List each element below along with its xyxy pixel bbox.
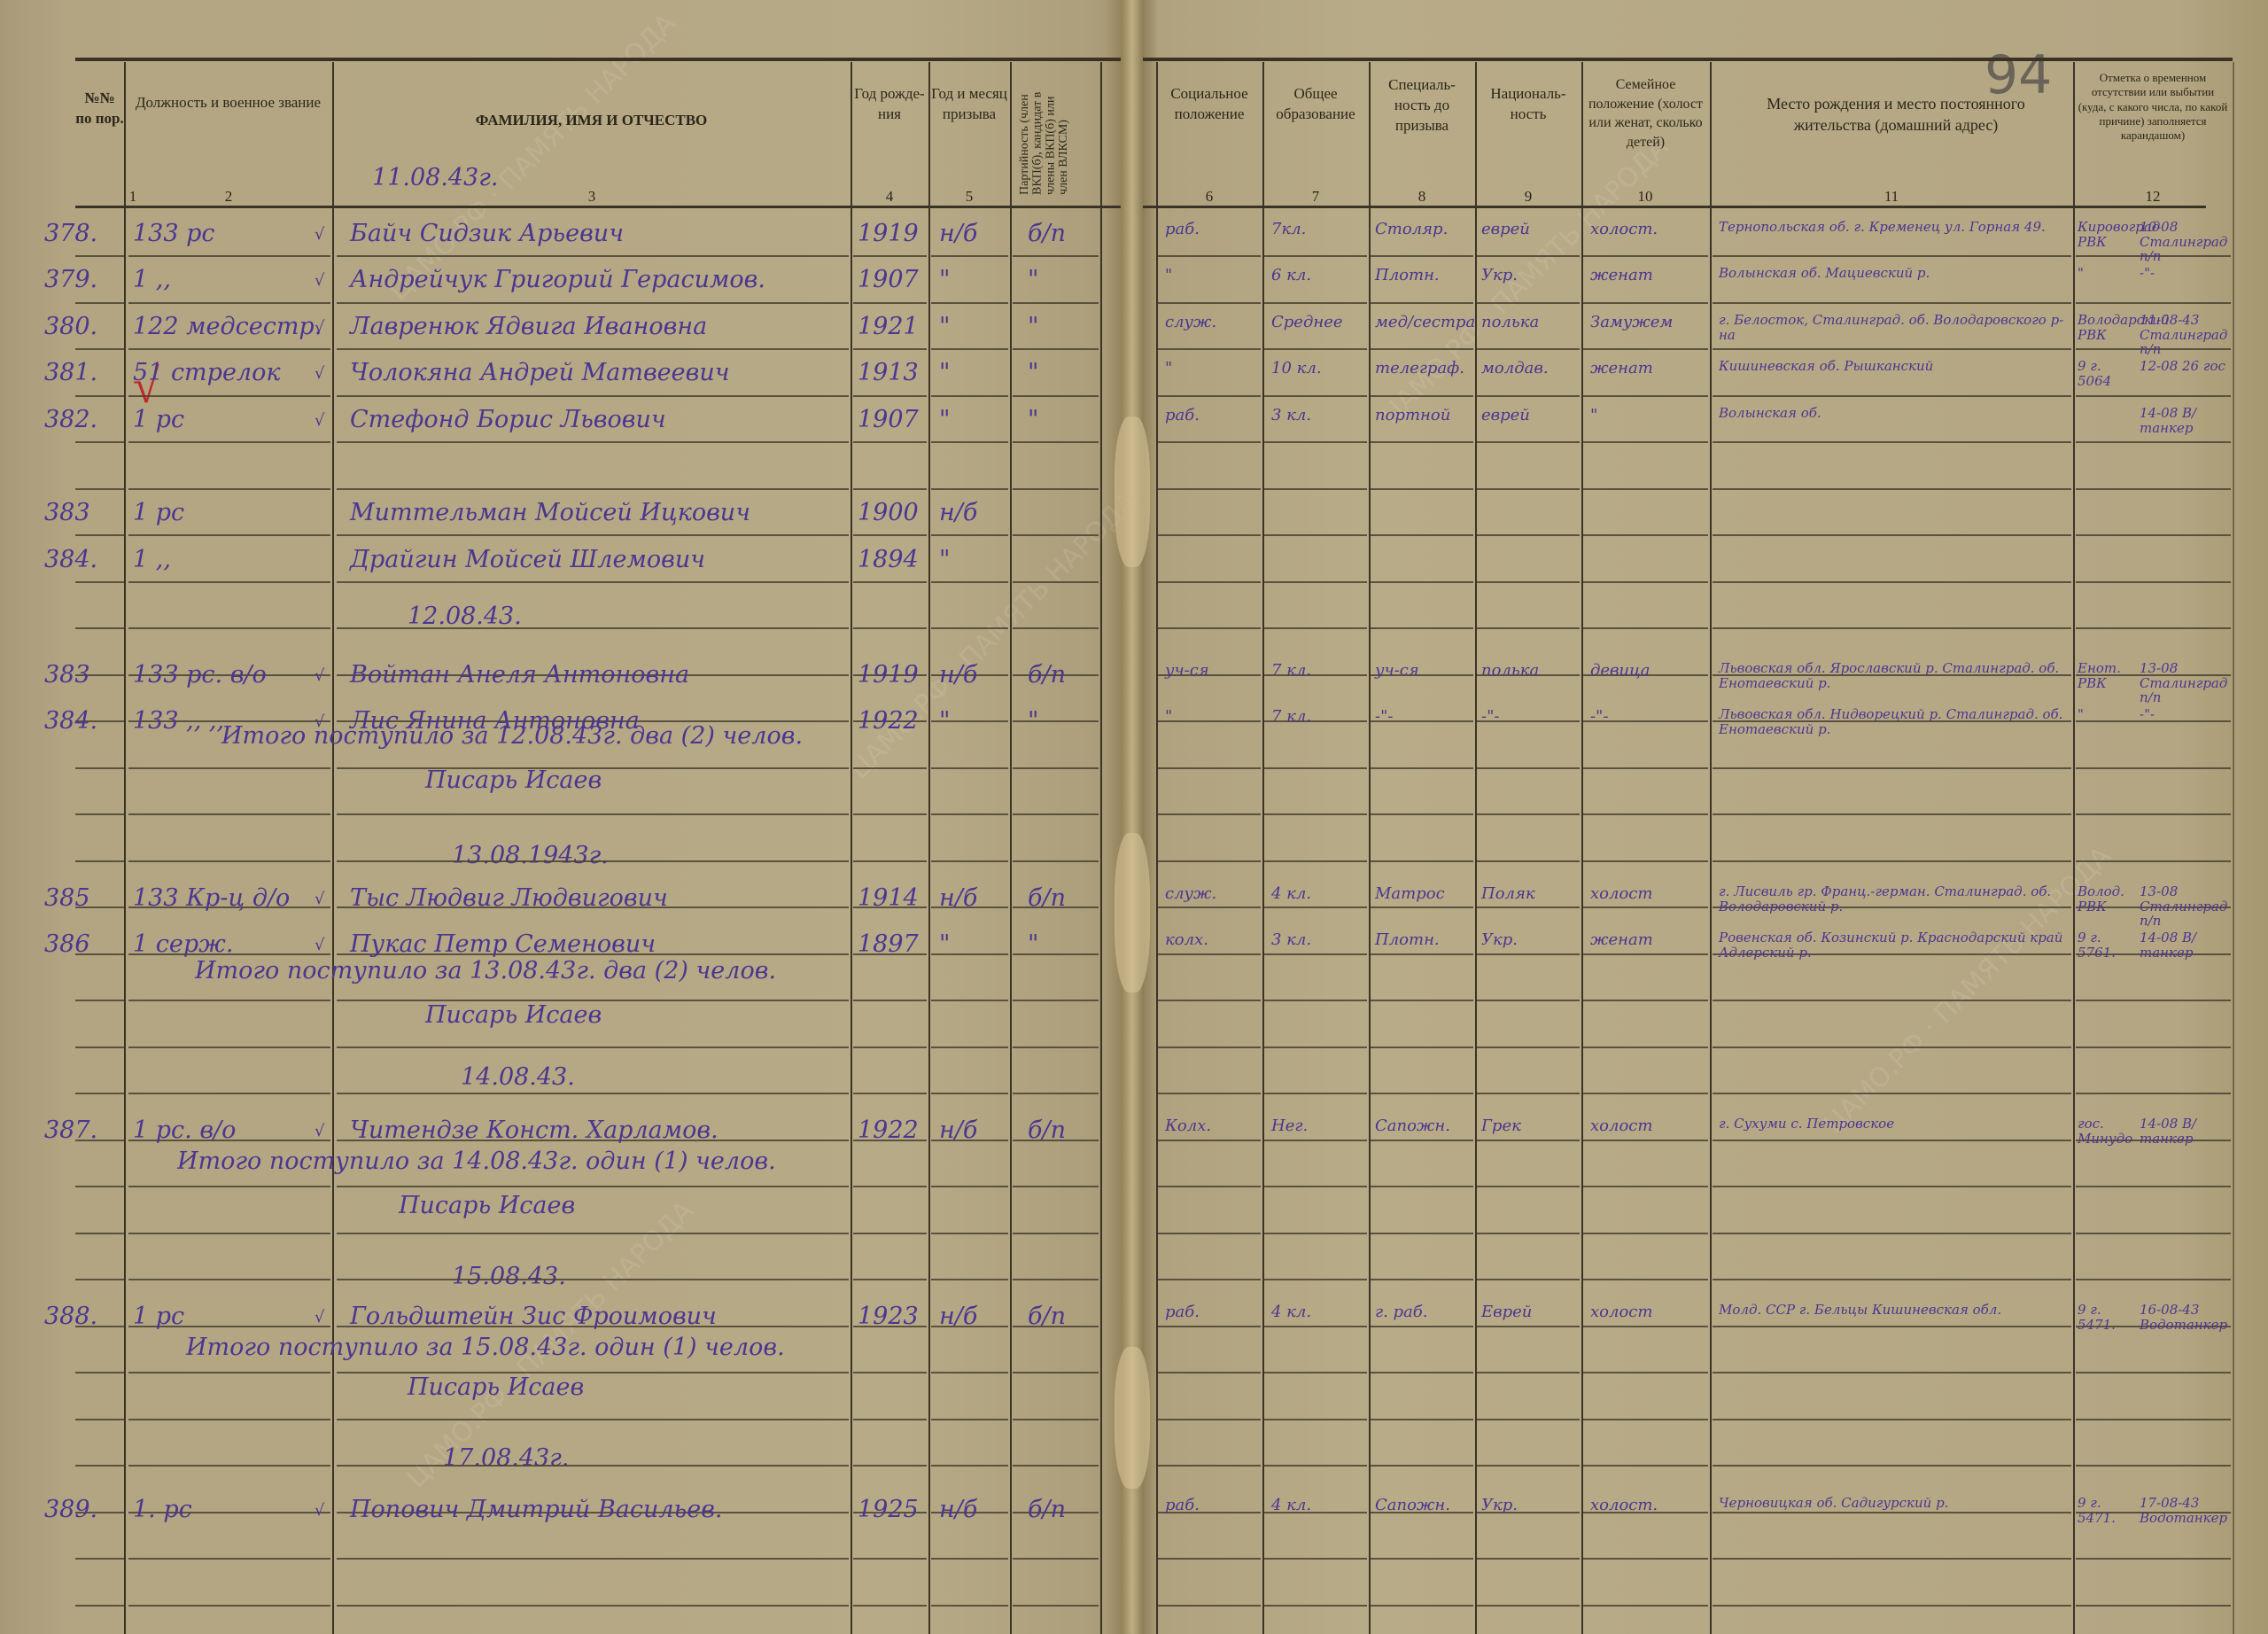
row-rule	[1158, 813, 1261, 815]
row-rule	[853, 1372, 927, 1373]
entry-name: Драйгин Мойсей Шлемович	[350, 546, 705, 573]
header-no: №№ по пор.	[75, 89, 124, 129]
entry-address: Тернопольская об. г. Кременец ул. Горная…	[1719, 220, 2069, 235]
row-rule	[1713, 1186, 2071, 1187]
row-rule	[128, 1047, 330, 1048]
row-rule	[1264, 1000, 1367, 1001]
row-rule	[853, 767, 927, 769]
entry-party: "	[1028, 266, 1038, 293]
row-rule	[1477, 255, 1580, 257]
row-rule	[1583, 348, 1708, 350]
row-rule	[1583, 1558, 1708, 1560]
row-rule	[1158, 1465, 1261, 1467]
row-rule	[128, 860, 330, 862]
entry-nationality: Еврей	[1481, 1303, 1532, 1321]
row-rule	[1477, 1186, 1580, 1187]
entry-birth-year: 1923	[858, 1303, 919, 1330]
row-rule	[2076, 1605, 2231, 1607]
check-mark: √	[315, 364, 324, 383]
row-rule	[1583, 1140, 1708, 1141]
entry-family-status: "	[1590, 406, 1597, 424]
row-rule	[75, 255, 124, 257]
row-rule	[1713, 1279, 2071, 1280]
entry-number: 383	[44, 661, 90, 689]
row-rule	[1158, 1326, 1261, 1327]
row-rule	[1013, 1605, 1099, 1607]
row-rule	[2076, 1000, 2231, 1001]
row-rule	[128, 348, 330, 350]
row-rule	[2076, 534, 2231, 536]
row-rule	[1158, 1419, 1261, 1420]
row-rule	[1371, 1326, 1473, 1327]
row-rule	[2076, 1419, 2231, 1420]
entry-education: 3 кл.	[1271, 406, 1311, 424]
row-rule	[337, 1279, 849, 1280]
row-rule	[1713, 1465, 2071, 1467]
entry-address: г. Сухуми с. Петровское	[1719, 1117, 2069, 1132]
entry-specialty: Сапожн.	[1375, 1117, 1450, 1135]
column-number: 11	[1874, 188, 1909, 206]
entry-social-status: раб.	[1165, 220, 1200, 238]
entry-number: 388.	[44, 1303, 97, 1330]
spine-tape	[1115, 833, 1150, 992]
row-rule	[337, 534, 849, 536]
clerk-signature: Писарь Исаев	[425, 766, 602, 794]
row-rule	[931, 1186, 1008, 1187]
entry-specialty: -"-	[1375, 707, 1393, 726]
check-mark: √	[315, 1501, 324, 1520]
entry-nationality: полька	[1481, 313, 1539, 331]
row-rule	[75, 534, 124, 536]
row-rule	[1713, 395, 2071, 397]
row-rule	[1264, 1140, 1367, 1141]
row-rule	[853, 348, 927, 350]
row-rule	[1264, 302, 1367, 304]
row-rule	[853, 395, 927, 397]
entry-family-status: женат	[1590, 930, 1653, 949]
row-rule	[1371, 813, 1473, 815]
row-rule	[1713, 488, 2071, 490]
entry-family-status: Замужем	[1590, 313, 1673, 331]
header-name: ФАМИЛИЯ, ИМЯ И ОТЧЕСТВО	[337, 111, 846, 131]
row-rule	[1371, 767, 1473, 769]
row-rule	[1264, 395, 1367, 397]
row-rule	[1477, 1000, 1580, 1001]
column-divider	[1156, 62, 1158, 1634]
column-divider	[1010, 62, 1012, 1634]
row-rule	[1371, 1233, 1473, 1234]
row-rule	[1013, 1186, 1099, 1187]
row-rule	[1158, 953, 1261, 955]
row-rule	[128, 1233, 330, 1234]
entry-name: Тыс Людвиг Людвигович	[350, 884, 668, 912]
row-rule	[1371, 1558, 1473, 1560]
row-rule	[1013, 720, 1099, 722]
row-rule	[1371, 860, 1473, 862]
row-rule	[1477, 860, 1580, 862]
row-rule	[1583, 1186, 1708, 1187]
row-rule	[1264, 581, 1367, 583]
row-rule	[931, 1558, 1008, 1560]
entry-address: Львовская обл. Нидворецкий р. Сталинград…	[1719, 707, 2069, 736]
entry-rank: 133 рс. в/о	[133, 661, 267, 689]
entry-party: б/п	[1028, 884, 1066, 912]
column-divider	[1100, 62, 1102, 1634]
row-rule	[1583, 953, 1708, 955]
column-number: 12	[2135, 188, 2171, 206]
row-rule	[853, 1605, 927, 1607]
entry-birth-year: 1907	[858, 406, 919, 433]
row-rule	[1713, 302, 2071, 304]
row-rule	[1371, 534, 1473, 536]
entry-social-status: "	[1165, 266, 1172, 284]
row-rule	[931, 1465, 1008, 1467]
header-education: Общее образование	[1264, 84, 1367, 125]
entry-draft: н/б	[939, 220, 977, 247]
row-rule	[931, 1093, 1008, 1094]
entry-social-status: служ.	[1165, 884, 1216, 903]
row-rule	[1371, 953, 1473, 955]
header-party: Партийность (член ВКП(б), кандидат в чле…	[1019, 71, 1094, 195]
header-birth-year: Год рожде-ния	[852, 84, 927, 125]
row-rule	[1158, 1605, 1261, 1607]
column-number: 6	[1192, 188, 1227, 206]
row-rule	[337, 581, 849, 583]
row-rule	[1713, 1000, 2071, 1001]
row-rule	[2076, 1465, 2231, 1467]
header-address: Место рождения и место постоянного жител…	[1736, 93, 2055, 136]
row-rule	[75, 1279, 124, 1280]
row-rule	[1013, 953, 1099, 955]
row-rule	[1264, 1233, 1367, 1234]
row-rule	[853, 255, 927, 257]
daily-total: Итого поступило за 14.08.43г. один (1) ч…	[177, 1148, 776, 1175]
row-rule	[2076, 627, 2231, 629]
entry-absence-place: 9 г. 5471.	[2078, 1496, 2138, 1525]
entry-absence-place: Волод. РВК	[2078, 884, 2138, 914]
row-rule	[1158, 1372, 1261, 1373]
row-rule	[1477, 488, 1580, 490]
entry-nationality: Грек	[1481, 1117, 1521, 1135]
column-divider	[1581, 62, 1583, 1634]
row-rule	[1583, 581, 1708, 583]
row-rule	[75, 1093, 124, 1094]
row-rule	[1583, 1000, 1708, 1001]
row-rule	[1158, 488, 1261, 490]
row-rule	[128, 534, 330, 536]
row-rule	[1158, 1000, 1261, 1001]
row-rule	[1264, 813, 1367, 815]
header-nationality: Националь-ность	[1477, 84, 1580, 125]
row-rule	[853, 1233, 927, 1234]
row-rule	[75, 860, 124, 862]
entry-absence-place: 9 г. 5761.	[2078, 930, 2138, 960]
date-heading: 15.08.43.	[452, 1263, 566, 1290]
top-rule	[1143, 58, 2233, 61]
row-rule	[2076, 1093, 2231, 1094]
entry-absence-date: 11-08-43 Сталинград п/п	[2140, 313, 2228, 357]
row-rule	[1477, 1326, 1580, 1327]
row-rule	[1477, 813, 1580, 815]
row-rule	[1371, 441, 1473, 443]
row-rule	[1264, 1326, 1367, 1327]
row-rule	[1371, 1093, 1473, 1094]
entry-absence-date: 17-08-43 Водотанкер	[2140, 1496, 2228, 1525]
row-rule	[75, 395, 124, 397]
entry-education: 10 кл.	[1271, 359, 1322, 377]
row-rule	[1477, 1372, 1580, 1373]
row-rule	[1264, 1419, 1367, 1420]
row-rule	[128, 1372, 330, 1373]
row-rule	[337, 860, 849, 862]
entry-draft: н/б	[939, 661, 977, 689]
row-rule	[1477, 767, 1580, 769]
entry-address: Черновицкая об. Садигурский р.	[1719, 1496, 2069, 1511]
entry-number: 384.	[44, 546, 97, 573]
entry-specialty: Плотн.	[1375, 266, 1440, 284]
entry-draft: "	[939, 359, 950, 386]
row-rule	[337, 1233, 849, 1234]
entry-number: 381.	[44, 359, 97, 386]
entry-name: Попович Дмитрий Васильев.	[350, 1496, 723, 1523]
row-rule	[1158, 441, 1261, 443]
row-rule	[128, 1419, 330, 1420]
row-rule	[1013, 1047, 1099, 1048]
entry-family-status: девица	[1590, 661, 1650, 680]
row-rule	[1371, 581, 1473, 583]
entry-family-status: холост.	[1590, 220, 1658, 238]
row-rule	[1264, 1093, 1367, 1094]
entry-name: Читендзе Конст. Харламов.	[350, 1117, 718, 1144]
entry-absence-date: 16-08-43 Водотанкер	[2140, 1303, 2228, 1332]
row-rule	[1583, 441, 1708, 443]
entry-rank: 133 ,, ,,	[133, 707, 224, 735]
row-rule	[931, 348, 1008, 350]
entry-number: 386	[44, 930, 90, 958]
row-rule	[853, 1419, 927, 1420]
row-rule	[931, 302, 1008, 304]
entry-social-status: раб.	[1165, 1496, 1200, 1514]
entry-name: Лавренюк Ядвига Ивановна	[350, 313, 707, 340]
entry-family-status: холост	[1590, 884, 1652, 903]
column-number: 5	[951, 188, 987, 206]
row-rule	[1371, 1186, 1473, 1187]
header-position: Должность и военное звание	[128, 93, 328, 113]
date-heading: 14.08.43.	[461, 1063, 575, 1091]
row-rule	[2076, 813, 2231, 815]
row-rule	[1583, 1372, 1708, 1373]
row-rule	[931, 1605, 1008, 1607]
row-rule	[1477, 906, 1580, 908]
entry-social-status: уч-ся	[1165, 661, 1209, 680]
entry-specialty: Столяр.	[1375, 220, 1448, 238]
check-mark: √	[315, 225, 324, 244]
row-rule	[1583, 627, 1708, 629]
entry-rank: 1 серж.	[133, 930, 233, 958]
row-rule	[2076, 1233, 2231, 1234]
row-rule	[337, 1465, 849, 1467]
row-rule	[2076, 860, 2231, 862]
entry-name: Байч Сидзик Арьевич	[350, 220, 624, 247]
entry-absence-date: -"-	[2140, 707, 2228, 722]
row-rule	[75, 1465, 124, 1467]
entry-social-status: раб.	[1165, 406, 1200, 424]
check-mark: √	[315, 1308, 324, 1327]
entry-number: 382.	[44, 406, 97, 433]
row-rule	[853, 627, 927, 629]
entry-name: Стефонд Борис Львович	[350, 406, 666, 433]
check-mark: √	[315, 1122, 324, 1140]
row-rule	[1013, 1419, 1099, 1420]
entry-nationality: еврей	[1481, 220, 1530, 238]
entry-specialty: уч-ся	[1375, 661, 1419, 680]
entry-draft: н/б	[939, 1117, 977, 1144]
row-rule	[1371, 1372, 1473, 1373]
column-divider	[1369, 62, 1371, 1634]
row-rule	[1264, 1047, 1367, 1048]
row-rule	[1713, 441, 2071, 443]
row-rule	[931, 767, 1008, 769]
row-rule	[853, 488, 927, 490]
row-rule	[75, 348, 124, 350]
row-rule	[1583, 1093, 1708, 1094]
row-rule	[128, 441, 330, 443]
clerk-signature: Писарь Исаев	[425, 1001, 602, 1029]
row-rule	[1583, 488, 1708, 490]
row-rule	[1713, 255, 2071, 257]
check-mark: √	[315, 712, 324, 731]
entry-name: Андрейчук Григорий Герасимов.	[350, 266, 765, 293]
row-rule	[1013, 860, 1099, 862]
entry-address: г. Белосток, Сталинград. об. Володаровск…	[1719, 313, 2069, 342]
row-rule	[1158, 860, 1261, 862]
spine-tape	[1115, 416, 1150, 567]
row-rule	[128, 581, 330, 583]
row-rule	[1013, 441, 1099, 443]
row-rule	[1477, 627, 1580, 629]
row-rule	[1583, 1605, 1708, 1607]
row-rule	[1477, 1233, 1580, 1234]
clerk-signature: Писарь Исаев	[408, 1373, 584, 1401]
row-rule	[1371, 627, 1473, 629]
entry-number: 389.	[44, 1496, 97, 1523]
row-rule	[1371, 1279, 1473, 1280]
row-rule	[128, 488, 330, 490]
row-rule	[1158, 348, 1261, 350]
daily-total: Итого поступило за 13.08.43г. два (2) че…	[195, 957, 776, 984]
entry-education: 4 кл.	[1271, 1303, 1311, 1321]
header-absence-mark: Отметка о временном отсутствии или выбыт…	[2078, 71, 2228, 143]
entry-number: 379.	[44, 266, 97, 293]
column-divider	[2233, 62, 2234, 1634]
row-rule	[128, 1000, 330, 1001]
row-rule	[1371, 348, 1473, 350]
row-rule	[1264, 441, 1367, 443]
entry-absence-date: 10-08 Сталинград п/п	[2140, 220, 2228, 264]
entry-family-status: холост	[1590, 1117, 1652, 1135]
entry-specialty: Сапожн.	[1375, 1496, 1450, 1514]
entry-social-status: Колх.	[1165, 1117, 1211, 1135]
entry-draft: "	[939, 406, 950, 433]
entry-birth-year: 1914	[858, 884, 919, 912]
row-rule	[128, 255, 330, 257]
row-rule	[75, 1419, 124, 1420]
entry-absence-place: Енот. РВК	[2078, 661, 2138, 690]
row-rule	[1264, 860, 1367, 862]
entry-education: Среднее	[1271, 313, 1343, 331]
header-specialty: Специаль-ность до призыва	[1371, 75, 1473, 136]
row-rule	[128, 302, 330, 304]
row-rule	[2076, 581, 2231, 583]
entry-name: Миттельман Мойсей Ицкович	[350, 499, 750, 526]
row-rule	[1713, 1419, 2071, 1420]
row-rule	[2076, 1279, 2231, 1280]
row-rule	[1713, 1558, 2071, 1560]
row-rule	[931, 1233, 1008, 1234]
row-rule	[1713, 767, 2071, 769]
entry-draft: "	[939, 707, 950, 735]
row-rule	[75, 1047, 124, 1048]
row-rule	[1713, 1047, 2071, 1048]
entry-birth-year: 1922	[858, 1117, 919, 1144]
row-rule	[1713, 1512, 2071, 1513]
row-rule	[75, 1605, 124, 1607]
row-rule	[337, 488, 849, 490]
row-rule	[1264, 906, 1367, 908]
entry-rank: 1. рс	[133, 1496, 192, 1523]
row-rule	[337, 1372, 849, 1373]
row-rule	[1477, 1419, 1580, 1420]
entry-rank: 1 рс	[133, 406, 184, 433]
column-divider	[2073, 62, 2075, 1634]
row-rule	[1013, 1465, 1099, 1467]
entry-family-status: холост.	[1590, 1496, 1658, 1514]
row-rule	[1583, 302, 1708, 304]
row-rule	[1158, 1186, 1261, 1187]
row-rule	[1013, 1279, 1099, 1280]
entry-number: 378.	[44, 220, 97, 247]
row-rule	[337, 255, 849, 257]
row-rule	[1158, 1140, 1261, 1141]
row-rule	[128, 1605, 330, 1607]
row-rule	[2076, 441, 2231, 443]
row-rule	[1477, 441, 1580, 443]
entry-nationality: еврей	[1481, 406, 1530, 424]
row-rule	[1583, 1233, 1708, 1234]
row-rule	[931, 1000, 1008, 1001]
entry-birth-year: 1925	[858, 1496, 919, 1523]
row-rule	[1477, 1558, 1580, 1560]
check-mark: √	[315, 936, 324, 954]
entry-nationality: молдав.	[1481, 359, 1549, 377]
entry-absence-place: 9 г. 5064	[2078, 359, 2138, 388]
entry-rank: 1 рс	[133, 1303, 184, 1330]
row-rule	[1158, 1279, 1261, 1280]
entry-party: "	[1028, 359, 1038, 386]
row-rule	[853, 1047, 927, 1048]
row-rule	[1013, 1000, 1099, 1001]
row-rule	[337, 348, 849, 350]
row-rule	[75, 1558, 124, 1560]
row-rule	[337, 441, 849, 443]
header-rule	[1143, 206, 2206, 208]
row-rule	[853, 1093, 927, 1094]
row-rule	[1264, 255, 1367, 257]
row-rule	[853, 813, 927, 815]
entry-address: Молд. ССР г. Бельцы Кишиневская обл.	[1719, 1303, 2069, 1318]
row-rule	[853, 860, 927, 862]
entry-absence-date: 14-08 В/танкер	[2140, 930, 2228, 960]
